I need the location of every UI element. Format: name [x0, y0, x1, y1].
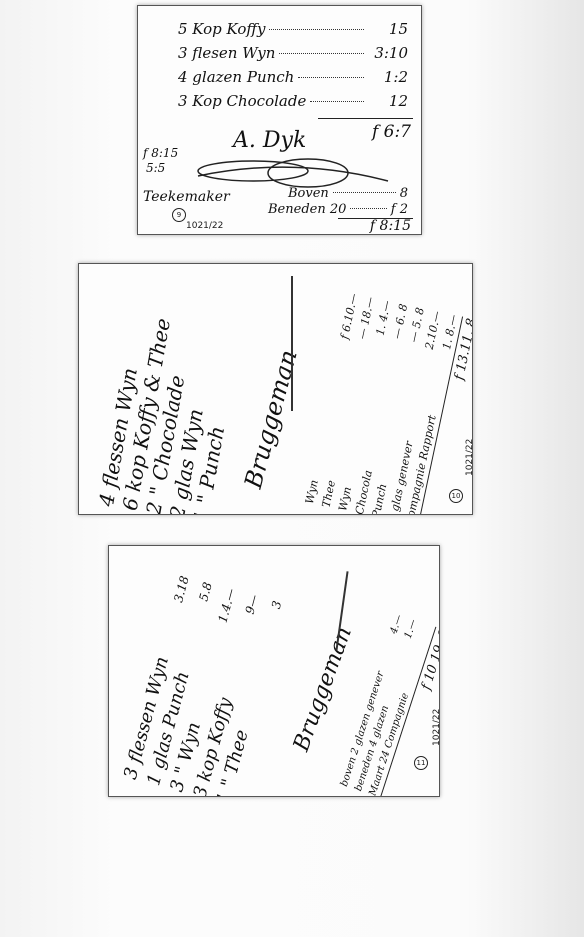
entries: Wynf 6.10.— Thee— 18.— Wyn1. 4.— Chocola… [301, 292, 473, 515]
line-amount: 3:10 [368, 44, 408, 62]
stamp-number: 11 [414, 756, 428, 770]
receipt-1: 5 Kop Koffy 15 3 flesen Wyn 3:10 4 glaze… [137, 5, 422, 235]
line-item: 5 Kop Koffy [178, 20, 265, 38]
line-amount: 12 [368, 92, 408, 110]
ink-line [291, 276, 293, 411]
line-item: 4 glazen Punch [178, 68, 294, 86]
receipt-2: 4 flessen Wyn 6 kop Koffy & Thee 2 " Cho… [78, 263, 473, 515]
subtotal: f 6:7 [372, 122, 411, 142]
margin-note: 5:5 [146, 161, 165, 175]
stamp-number: 10 [449, 489, 463, 503]
signature: Bruggeman [289, 624, 357, 755]
waiter-name: Teekemaker [143, 189, 230, 205]
receipt-3: 3 flessen Wyn3.18 1 glas Punch5.8 3 " Wy… [108, 545, 440, 797]
archive-ref: 1021/22 [457, 439, 473, 476]
archive-ref: 1021/22 [186, 221, 223, 231]
line-item: 3 flesen Wyn [178, 44, 275, 62]
stamp-number: 9 [172, 208, 186, 222]
receipt-line: 4 glazen Punch 1:2 [178, 68, 408, 86]
extra-amount: 8 [400, 186, 408, 201]
item-list: 3 flessen Wyn3.18 1 glas Punch5.8 3 " Wy… [119, 573, 289, 797]
extra-line: Beneden 20 f 2 [268, 202, 408, 217]
line-amount: 1:2 [368, 68, 408, 86]
total: f 8:15 [370, 218, 411, 234]
archive-ref: 1021/22 [424, 709, 440, 746]
extra-label: Boven [288, 186, 329, 201]
subtotal-rule [318, 118, 413, 119]
extra-amount: f 2 [391, 202, 408, 217]
line-item: 3 Kop Chocolade [178, 92, 306, 110]
receipt-line: 5 Kop Koffy 15 [178, 20, 408, 38]
line-amount: 15 [368, 20, 408, 38]
signature: A. Dyk [233, 128, 306, 153]
item-list: 4 flessen Wyn 6 kop Koffy & Thee 2 " Cho… [94, 312, 246, 515]
extra-line: Boven 8 [288, 186, 408, 201]
archive-page: 5 Kop Koffy 15 3 flesen Wyn 3:10 4 glaze… [0, 0, 584, 937]
margin-note: f 8:15 [143, 146, 178, 160]
extra-label: Beneden 20 [268, 202, 346, 217]
signature: Bruggeman [239, 347, 303, 491]
receipt-line: 3 Kop Chocolade 12 [178, 92, 408, 110]
receipt-line: 3 flesen Wyn 3:10 [178, 44, 408, 62]
